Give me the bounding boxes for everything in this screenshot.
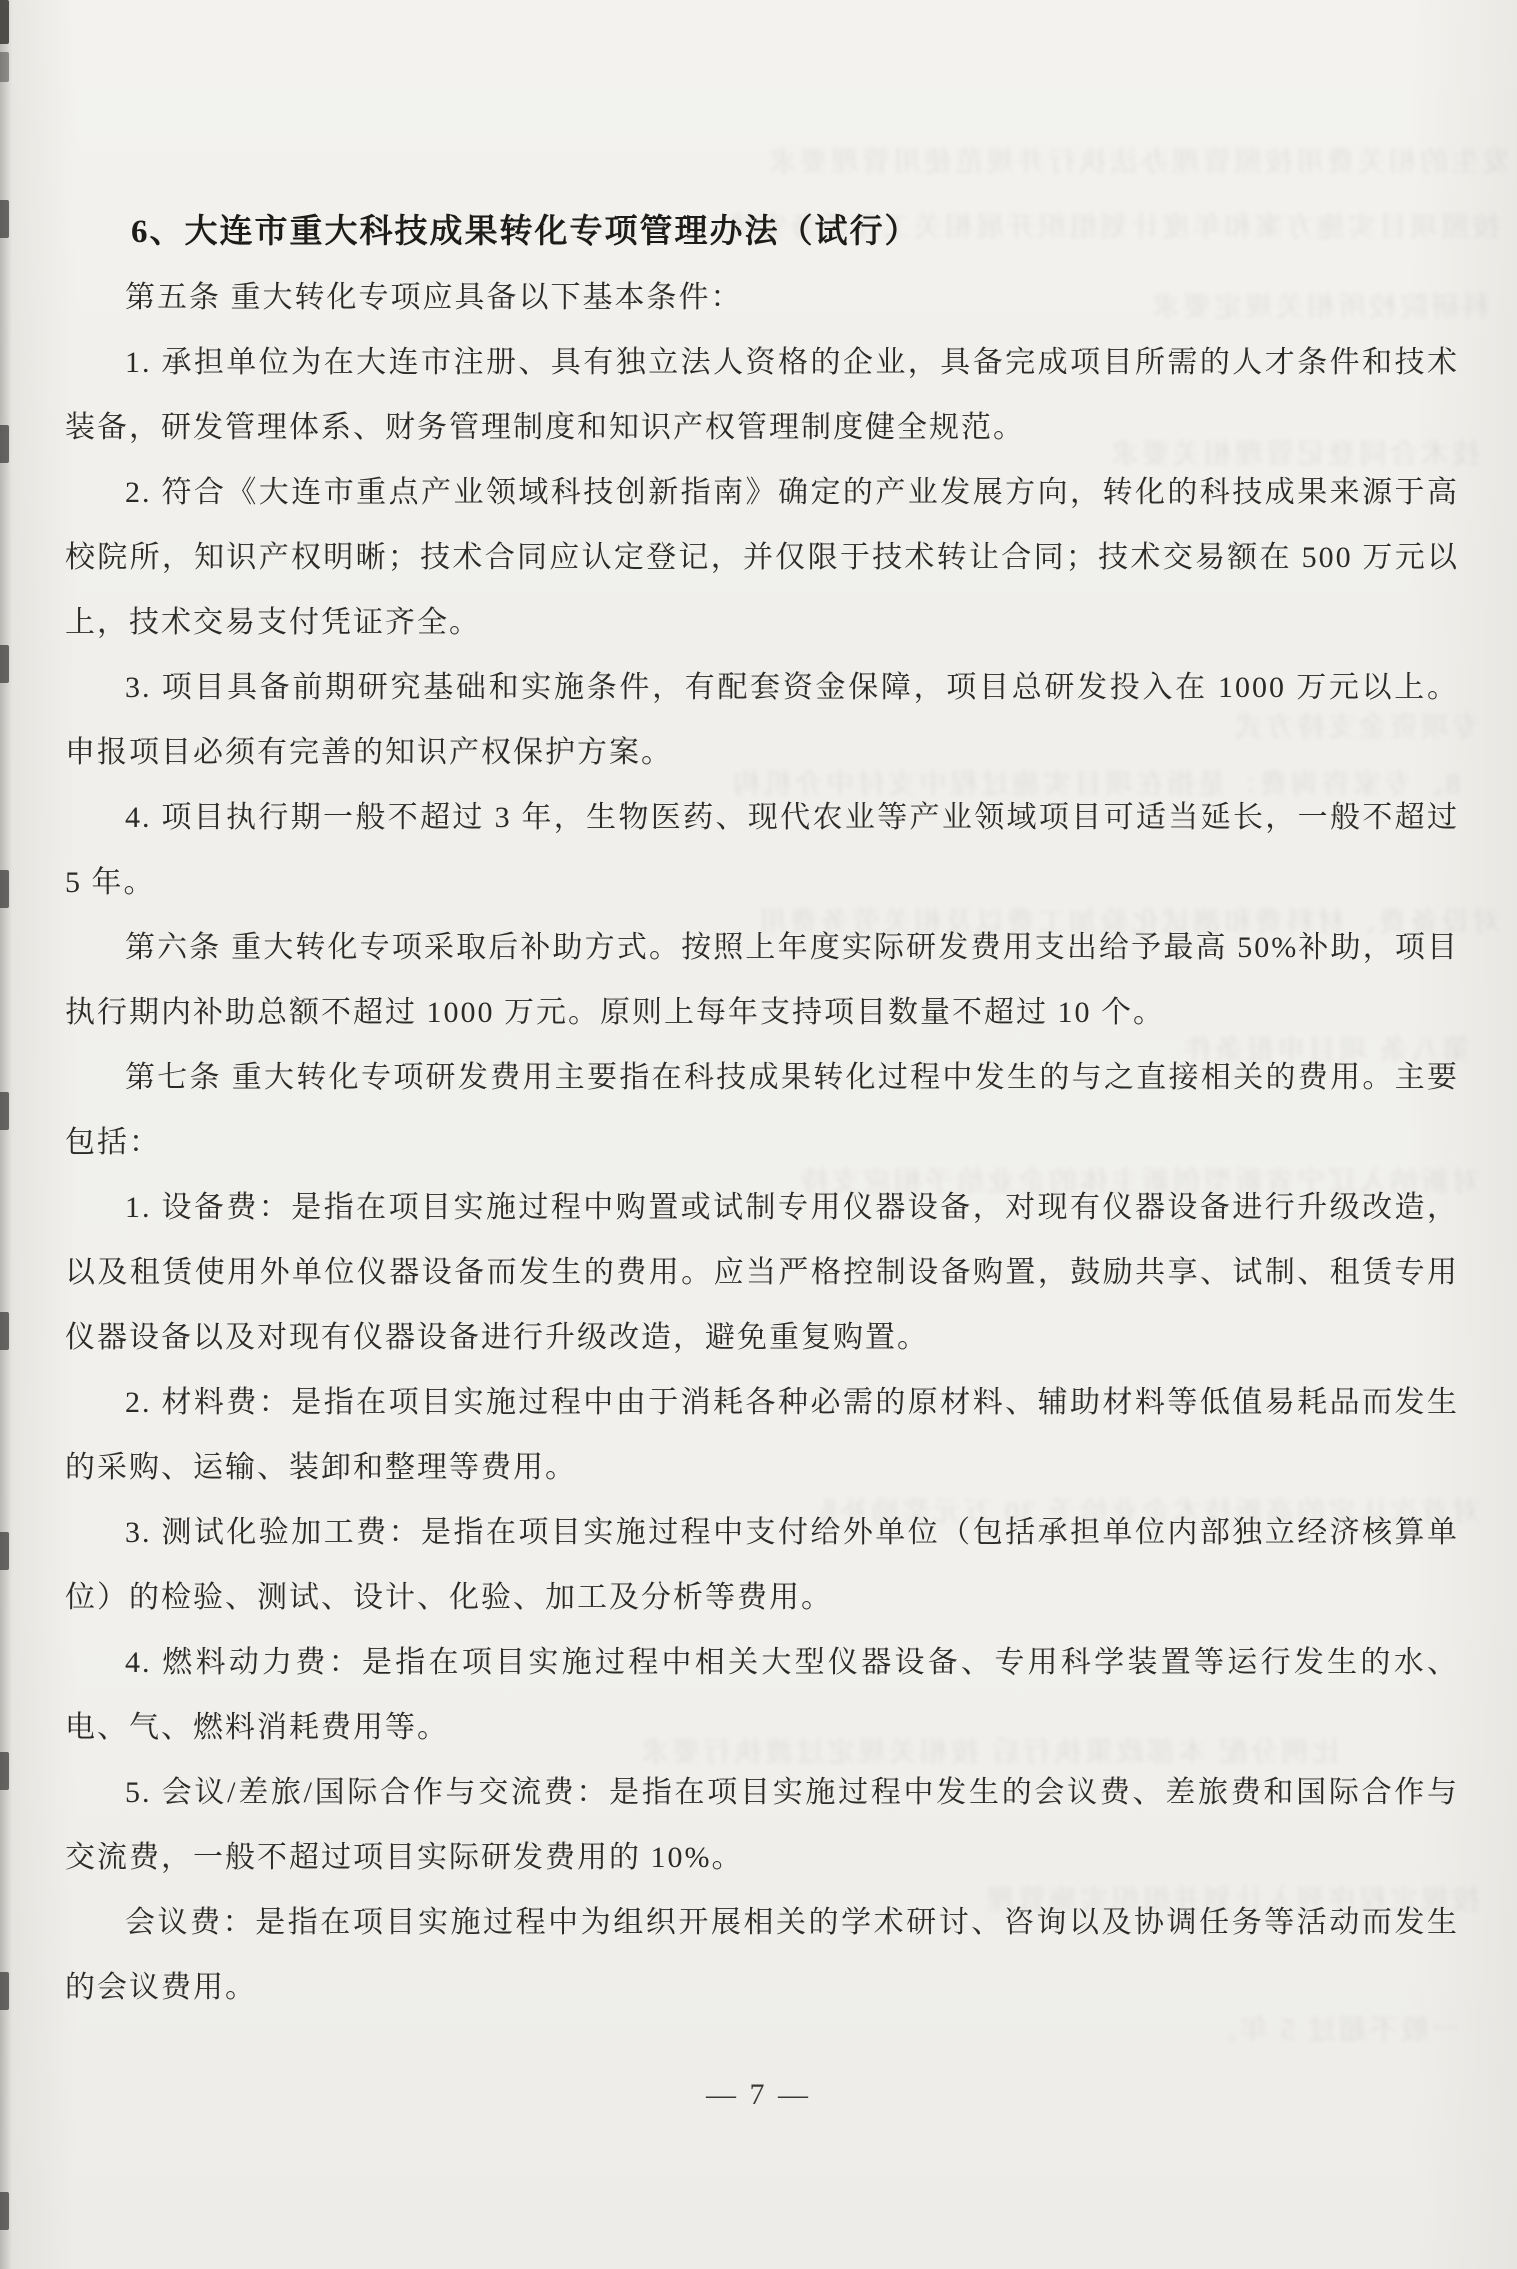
document-paragraph: 4. 燃料动力费：是指在项目实施过程中相关大型仪器设备、专用科学装置等运行发生的… (65, 1630, 1459, 1760)
document-paragraph: 1. 设备费：是指在项目实施过程中购置或试制专用仪器设备，对现有仪器设备进行升级… (65, 1175, 1459, 1370)
document-paragraph: 4. 项目执行期一般不超过 3 年，生物医药、现代农业等产业领域项目可适当延长，… (65, 785, 1459, 915)
document-paragraph: 2. 符合《大连市重点产业领域科技创新指南》确定的产业发展方向，转化的科技成果来… (65, 460, 1459, 655)
scan-edge-mark (0, 1092, 9, 1130)
scan-edge-mark (0, 52, 9, 82)
scan-edge-mark (0, 645, 9, 683)
document-body: 6、大连市重大科技成果转化专项管理办法（试行） 第五条 重大转化专项应具备以下基… (65, 200, 1459, 2020)
scan-edge-mark (0, 2192, 9, 2230)
scan-edge-mark (0, 200, 9, 238)
bleed-through-artifact: 发生的相关费用按照管理办法执行并规范使用管理要求 (500, 140, 1510, 180)
scan-edge-mark (0, 870, 9, 908)
document-paragraph: 第六条 重大转化专项采取后补助方式。按照上年度实际研发费用支出给予最高 50%补… (65, 915, 1459, 1045)
scan-edge-mark (0, 1312, 9, 1350)
document-paragraph: 会议费：是指在项目实施过程中为组织开展相关的学术研讨、咨询以及协调任务等活动而发… (65, 1890, 1459, 2020)
document-paragraph: 第五条 重大转化专项应具备以下基本条件： (65, 265, 1459, 330)
document-paragraph: 3. 测试化验加工费：是指在项目实施过程中支付给外单位（包括承担单位内部独立经济… (65, 1500, 1459, 1630)
document-title: 6、大连市重大科技成果转化专项管理办法（试行） (65, 200, 1459, 265)
scan-edge-mark (0, 1532, 9, 1570)
document-paragraph: 1. 承担单位为在大连市注册、具有独立法人资格的企业，具备完成项目所需的人才条件… (65, 330, 1459, 460)
document-paragraph: 3. 项目具备前期研究基础和实施条件，有配套资金保障，项目总研发投入在 1000… (65, 655, 1459, 785)
scan-edge-mark (0, 425, 9, 463)
scan-edge-mark (0, 1752, 9, 1790)
scan-edge-mark (0, 1972, 9, 2010)
scan-edge-shadow (0, 0, 12, 2269)
document-paragraph: 第七条 重大转化专项研发费用主要指在科技成果转化过程中发生的与之直接相关的费用。… (65, 1045, 1459, 1175)
document-paragraph: 5. 会议/差旅/国际合作与交流费：是指在项目实施过程中发生的会议费、差旅费和国… (65, 1760, 1459, 1890)
scan-edge-mark (0, 0, 9, 44)
page-number: — 7 — (0, 2062, 1517, 2127)
document-paragraph: 2. 材料费：是指在项目实施过程中由于消耗各种必需的原材料、辅助材料等低值易耗品… (65, 1370, 1459, 1500)
